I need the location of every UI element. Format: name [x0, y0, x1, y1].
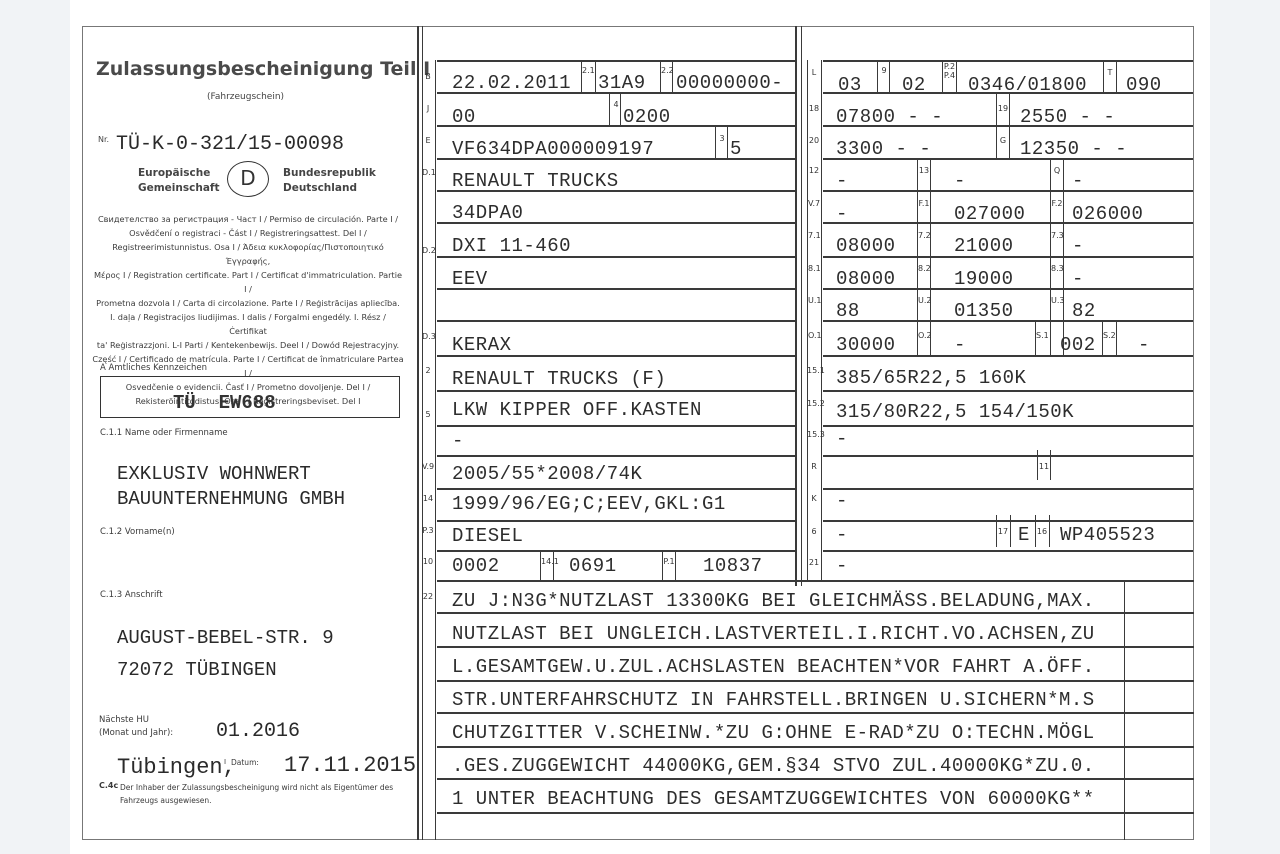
multilingual-line: ta' Reġistrazzjoni. L-I Parti / Kenteken…	[92, 338, 404, 352]
field-14-value: 1999/96/EG;C;EEV,GKL:G1	[452, 493, 726, 515]
row-line	[437, 425, 795, 427]
field-o1-value: 30000	[836, 334, 896, 356]
row-line	[823, 455, 1193, 457]
field-d1-code: D.1	[422, 168, 434, 177]
country-oval: D	[227, 161, 269, 197]
field-8-1-code: 8.1	[808, 264, 820, 273]
label-next-hu: Nächste HU(Monat und Jahr):	[99, 714, 173, 740]
field-14-1-code: 14.1	[541, 557, 553, 566]
field-11-code: 11	[1038, 462, 1050, 471]
field-o1-code: O.1	[808, 331, 820, 340]
field-s2-value: -	[1138, 334, 1150, 356]
row-line	[823, 520, 1193, 522]
field-v9-value: 2005/55*2008/74K	[452, 463, 642, 485]
field-j-value: 00	[452, 106, 476, 128]
field-v7-value: -	[836, 203, 848, 225]
field-v9-code: V.9	[422, 462, 434, 471]
row-line	[437, 550, 795, 552]
field-q-code: Q	[1051, 166, 1063, 175]
issue-date: 17.11.2015	[284, 753, 416, 778]
field-p2-p4-code: P.2 P.4	[943, 62, 956, 80]
field-8-2-code: 8.2	[918, 264, 930, 273]
field-13-code: 13	[918, 166, 930, 175]
field-19-value: 2550 - -	[1020, 106, 1115, 128]
field-e-code: E	[422, 136, 434, 145]
row-line	[823, 190, 1193, 192]
cell-divider	[1049, 515, 1050, 547]
field-2-2-value: 00000000-	[676, 72, 783, 94]
field-q-value: -	[1072, 170, 1084, 192]
cell-divider	[672, 60, 673, 92]
field-5-code: 5	[422, 410, 434, 419]
field-p3-code: P.3	[422, 526, 434, 535]
field-u3-value: 82	[1072, 300, 1096, 322]
field-t-code: T	[1104, 68, 1116, 77]
row-line	[437, 488, 795, 490]
next-hu-value: 01.2016	[216, 720, 300, 743]
row-line	[437, 455, 795, 457]
multilingual-line: Prometna dozvola I / Carta di circolazio…	[92, 296, 404, 310]
field-13-value: -	[954, 170, 966, 192]
row-line	[437, 680, 1194, 682]
field-2-value: RENAULT TRUCKS (F)	[452, 368, 666, 390]
note-c4c: Der Inhaber der Zulassungsbescheinigung …	[120, 781, 393, 807]
divider-left-inner	[422, 26, 423, 840]
field-16-code: 16	[1036, 527, 1048, 536]
row-line	[437, 320, 795, 322]
field-8-1-value: 08000	[836, 268, 896, 290]
row-line	[437, 812, 1194, 814]
field-t-value: 090	[1126, 74, 1162, 96]
field-s1-code: S.1	[1036, 331, 1048, 340]
cell-divider	[889, 60, 890, 92]
cell-divider	[1050, 320, 1051, 355]
cell-divider	[595, 60, 596, 92]
field-d2-line-value: EEV	[452, 268, 488, 290]
field-l-value: 03	[838, 74, 862, 96]
field-u1-code: U.1	[808, 296, 820, 305]
field-2-1-code: 2.1	[582, 66, 594, 75]
cell-divider	[956, 60, 957, 92]
field-12-value: -	[836, 170, 848, 192]
field-2-2-code: 2.2	[661, 66, 673, 75]
field-12-code: 12	[808, 166, 820, 175]
multilingual-line: Registreerimistunnistus. Osa I / Άδεια κ…	[92, 240, 404, 268]
label-a: A Amtliches Kennzeichen	[100, 363, 207, 373]
field-14-code: 14	[422, 494, 434, 503]
remarks-line-value: STR.UNTERFAHRSCHUTZ IN FAHRSTELL.BRINGEN…	[452, 689, 1095, 711]
field-18-code: 18	[808, 104, 820, 113]
row-line	[437, 520, 795, 522]
field-21-code: 21	[808, 558, 820, 567]
row-line	[437, 390, 795, 392]
multilingual-line: I. daļa / Registracijos liudijimas. I da…	[92, 310, 404, 338]
field-u2-value: 01350	[954, 300, 1014, 322]
divider-mid-inner	[801, 26, 802, 586]
field-o2-value: -	[954, 334, 966, 356]
field-o2-code: O.2	[918, 331, 930, 340]
remarks-line-value: CHUTZGITTER V.SCHEINW.*ZU G:OHNE E-RAD*Z…	[452, 722, 1095, 744]
field-e-value: VF634DPA000009197	[452, 138, 654, 160]
field-15-3-code: 15.3	[807, 430, 821, 439]
label-c11: C.1.1 Name oder Firmenname	[100, 428, 228, 438]
field-f1-value: 027000	[954, 203, 1025, 225]
field-p2-p4-value: 0346/01800	[968, 74, 1087, 96]
document-subtitle: (Fahrzeugschein)	[207, 92, 284, 102]
country-label: BundesrepublikDeutschland	[283, 166, 376, 196]
field-p3-value: DIESEL	[452, 525, 523, 547]
divider-mid	[795, 26, 797, 586]
cell-divider	[660, 60, 661, 92]
number-label: Nr.	[98, 135, 109, 144]
field-4-value: 0200	[623, 106, 671, 128]
remarks-line-value: L.GESAMTGEW.U.ZUL.ACHSLASTEN BEACHTEN*VO…	[452, 656, 1095, 678]
document-number: TÜ-K-0-321/15-00098	[116, 133, 344, 156]
cell-divider	[917, 158, 918, 355]
remarks-line-value: NUTZLAST BEI UNGLEICH.LASTVERTEIL.I.RICH…	[452, 623, 1095, 645]
field-4-code: 4	[610, 100, 622, 109]
row-line	[823, 60, 1193, 62]
field-15-1-code: 15.1	[807, 366, 821, 375]
field-5-line-value: -	[452, 430, 464, 452]
field-7-2-code: 7.2	[918, 231, 930, 240]
field-20-code: 20	[808, 136, 820, 145]
remarks-line-value: .GES.ZUGGEWICHT 44000KG,GEM.§34 STVO ZUL…	[452, 755, 1095, 777]
label-c12: C.1.2 Vorname(n)	[100, 527, 175, 537]
field-p1-value: 10837	[703, 555, 763, 577]
label-c13: C.1.3 Anschrift	[100, 590, 163, 600]
label-c4c: C.4c	[99, 781, 118, 790]
field-17-value: E	[1018, 524, 1030, 546]
field-d2-code: D.2	[422, 246, 434, 255]
row-line	[823, 488, 1193, 490]
issue-place: Tübingen,	[117, 755, 236, 780]
field-15-2-code: 15.2	[807, 399, 821, 408]
field-d3-value: KERAX	[452, 334, 512, 356]
row-line	[437, 580, 1194, 582]
cell-divider	[581, 60, 582, 92]
remarks-divider	[1124, 580, 1125, 840]
cell-divider	[675, 550, 676, 580]
field-d2-line-value: DXI 11-460	[452, 235, 571, 257]
row-line	[437, 712, 1194, 714]
field-5-line-value: LKW KIPPER OFF.KASTEN	[452, 399, 702, 421]
label-i: I	[224, 758, 226, 766]
row-line	[823, 550, 1193, 552]
field-15-1-value: 385/65R22,5 160K	[836, 367, 1026, 389]
field-j-code: J	[422, 104, 434, 113]
field-22-code: 22	[422, 592, 434, 601]
field-d2-line-value: 34DPA0	[452, 202, 523, 224]
cell-divider	[1010, 515, 1011, 547]
cell-divider	[1009, 92, 1010, 158]
field-7-1-value: 08000	[836, 235, 896, 257]
field-8-3-code: 8.3	[1051, 264, 1063, 273]
field-15-3-value: -	[836, 428, 848, 450]
row-line	[437, 746, 1194, 748]
cell-divider	[877, 60, 878, 92]
field-3-value: 5	[730, 138, 742, 160]
field-9-value: 02	[902, 74, 926, 96]
field-d3-code: D.3	[422, 332, 434, 341]
field-9-code: 9	[878, 66, 890, 75]
field-7-3-code: 7.3	[1051, 231, 1063, 240]
field-8-2-value: 19000	[954, 268, 1014, 290]
field-8-3-value: -	[1072, 268, 1084, 290]
eu-label: EuropäischeGemeinschaft	[138, 166, 220, 196]
field-s1-value: 002	[1060, 334, 1096, 356]
field-7-2-value: 21000	[954, 235, 1014, 257]
field-s2-code: S.2	[1103, 331, 1115, 340]
field-21-value: -	[836, 555, 848, 577]
field-g-code: G	[997, 136, 1009, 145]
field-10-code: 10	[422, 557, 434, 566]
row-line	[437, 288, 795, 290]
field-u3-code: U.3	[1051, 296, 1063, 305]
cell-divider	[1116, 60, 1117, 92]
field-18-value: 07800 - -	[836, 106, 943, 128]
field-r-code: R	[808, 462, 820, 471]
field-14-1-value: 0691	[569, 555, 617, 577]
cell-divider	[1063, 158, 1064, 355]
field-b-value: 22.02.2011	[452, 72, 571, 94]
row-line	[437, 646, 1194, 648]
field-19-code: 19	[997, 104, 1009, 113]
field-f2-value: 026000	[1072, 203, 1143, 225]
row-line	[437, 612, 1194, 614]
field-f1-code: F.1	[918, 199, 930, 208]
field-17-code: 17	[997, 527, 1009, 536]
row-line	[437, 125, 795, 127]
row-line	[437, 778, 1194, 780]
field-k-value: -	[836, 490, 848, 512]
field-10-value: 0002	[452, 555, 500, 577]
code-column-mid	[435, 60, 436, 840]
multilingual-line: Свидетелство за регистрация - Част I / P…	[92, 212, 404, 226]
code-column-right	[821, 60, 822, 580]
field-b-code: B	[422, 72, 434, 81]
field-15-2-value: 315/80R22,5 154/150K	[836, 401, 1074, 423]
field-3-code: 3	[716, 134, 728, 143]
remarks-line-value: ZU J:N3G*NUTZLAST 13300KG BEI GLEICHMÄSS…	[452, 590, 1095, 612]
field-u1-value: 88	[836, 300, 860, 322]
field-6-code: 6	[808, 527, 820, 536]
owner-address: AUGUST-BEBEL-STR. 972072 TÜBINGEN	[117, 622, 334, 686]
field-k-code: K	[808, 494, 820, 503]
cell-divider	[996, 92, 997, 158]
field-7-1-code: 7.1	[808, 231, 820, 240]
field-p1-code: P.1	[663, 557, 675, 566]
document-title: Zulassungsbescheinigung Teil I	[96, 58, 430, 80]
row-line	[823, 390, 1193, 392]
divider-left	[417, 26, 419, 840]
multilingual-line: Osvědčení o registraci - Část I / Regist…	[92, 226, 404, 240]
row-line	[437, 60, 795, 62]
remarks-line-value: 1 UNTER BEACHTUNG DES GESAMTZUGGEWICHTES…	[452, 788, 1095, 810]
license-plate: TÜ EW688	[173, 392, 276, 414]
cell-divider	[1050, 450, 1051, 480]
label-datum: Datum:	[231, 758, 259, 767]
cell-divider	[930, 158, 931, 355]
multilingual-line: Μέρος I / Registration certificate. Part…	[92, 268, 404, 296]
field-v7-code: V.7	[808, 199, 820, 208]
field-2-code: 2	[422, 366, 434, 375]
field-2-1-value: 31A9	[598, 72, 646, 94]
field-g-value: 12350 - -	[1020, 138, 1127, 160]
field-7-3-value: -	[1072, 235, 1084, 257]
cell-divider	[1116, 320, 1117, 355]
field-20-value: 3300 - -	[836, 138, 931, 160]
field-16-value: WP405523	[1060, 524, 1155, 546]
field-d1-value: RENAULT TRUCKS	[452, 170, 619, 192]
field-6-value: -	[836, 524, 848, 546]
owner-name: EXKLUSIV WOHNWERTBAUUNTERNEHMUNG GMBH	[117, 462, 345, 512]
field-u2-code: U.2	[918, 296, 930, 305]
field-l-code: L	[808, 68, 820, 77]
field-f2-code: F.2	[1051, 199, 1063, 208]
row-line	[823, 425, 1193, 427]
